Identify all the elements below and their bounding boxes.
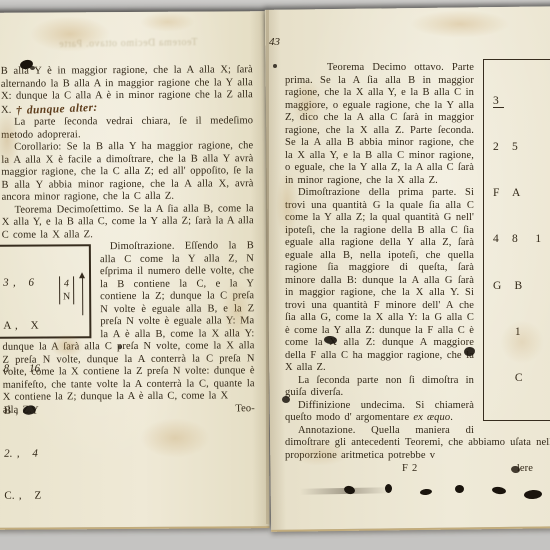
diagram-row: A , X [3,318,89,333]
bracket-top-value: 4 [61,277,72,290]
right-page-text: 3 2 5 F A 4 8 1 G B 1 C Teorema Decimo o… [285,62,550,476]
diagram-row: F A [493,186,550,201]
catchword: Teo- [235,403,255,416]
show-through-text: Teorema Decimo ottavo. Parte [21,36,236,50]
signature-line: F 2 lere [285,463,550,476]
paragraph-text: . [450,412,453,423]
paragraph: Annotazione. Quella maniera di dimoſtrar… [285,425,550,463]
page-number: 43 [269,36,280,48]
diagram-row: 2. , 4 [4,446,90,461]
diagram-row: C [493,371,550,386]
proportion-diagram-left: 3 , 6 A , X 8 , 16 B , Y 2. , 4 C. , Z 4… [0,244,91,339]
signature-mark: F 2 [402,463,417,476]
diagram-row: 8 , 16 [4,361,90,376]
bracket-bottom-value: N [61,290,72,303]
book-photo: Teorema Decimo ottavo. Parte B alla Y è … [0,0,550,550]
diagram-row: C. , Z [4,489,90,504]
diagram-row: 1 [493,325,550,340]
diagram-row: 3 , 6 [3,276,89,291]
left-page: Teorema Decimo ottavo. Parte B alla Y è … [0,11,270,530]
paragraph: Corollario: Se la B alla Y ha maggior ra… [1,140,253,204]
left-page-text: B alla Y è in maggior ragione, che la A … [1,64,255,417]
handwritten-annotation: † dunque alter: [15,101,97,117]
diagram-row: 3 [493,95,504,108]
latin-phrase: ex æquo [413,412,450,423]
proportion-diagram-right: 3 2 5 F A 4 8 1 G B 1 C [483,59,550,421]
arrow-line [82,277,84,315]
diagram-bracket: 4 N [59,276,74,304]
catchword: lere [517,463,533,476]
paragraph: La parte ſeconda vedrai chiara, ſe il me… [1,115,253,142]
paragraph: B alla Y è in maggior ragione, che la A … [1,64,253,117]
book-gutter [266,10,269,524]
diagram-row: 2 5 [493,140,550,155]
paragraph: Teorema Decimoſettimo. Se la A ſia alla … [2,203,254,242]
diagram-row: 4 8 1 [493,232,550,247]
diagram-row: G B [493,279,550,294]
last-line-text: alla Z. [3,404,32,417]
